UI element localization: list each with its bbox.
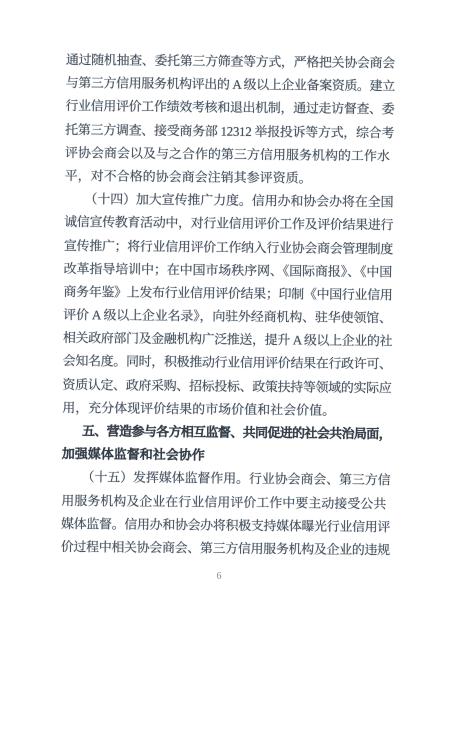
heading-line: 加强媒体监督和社会协作	[62, 442, 391, 469]
text-line: 评价 A 级以上企业名录》，向驻外经商机构、驻华使领馆、	[63, 303, 392, 330]
page-text: 通过随机抽查、委托第三方筛查等方式，严格把关协会商会与第三方信用服务机构评出的 …	[61, 48, 395, 562]
text-line: 相关政府部门及金融机构广泛推送，提升 A 级以上企业的社	[63, 326, 392, 353]
text-line: （十五）发挥媒体监督作用。行业协会商会、第三方信	[61, 465, 390, 492]
text-line: 商务年鉴》上发布行业信用评价结果；印制《中国行业信用	[63, 280, 392, 307]
text-line: 改革指导培训中；在中国市场秩序网、《国际商报》、《中国	[64, 257, 393, 284]
text-line: 价过程中相关协会商会、第三方信用服务机构及企业的违规	[61, 535, 390, 562]
text-line: 与第三方信用服务机构评出的 A 级以上企业备案资质。建立	[66, 71, 395, 98]
page-number: 6	[206, 571, 232, 582]
text-line: 用，充分体现评价结果的市场价值和社会价值。	[62, 396, 391, 423]
text-line: 托第三方调查、接受商务部 12312 举报投诉等方式，综合考	[65, 118, 394, 145]
text-line: 资质认定、政府采购、招标投标、政策扶持等领域的实际应	[62, 373, 391, 400]
text-line: 平，对不合格的协会商会注销其参评资质。	[65, 164, 394, 191]
text-line: 评协会商会以及与之合作的第三方信用服务机构的工作水	[65, 141, 394, 168]
text-line: 通过随机抽查、委托第三方筛查等方式，严格把关协会商会	[66, 48, 395, 75]
text-line: 媒体监督。信用办和协会办将积极支持媒体曝光行业信用评	[61, 512, 390, 539]
text-line: 用服务机构及企业在行业信用评价工作中要主动接受公共	[61, 489, 390, 516]
text-line: （十四）加大宣传推广力度。信用办和协会办将在全国	[64, 187, 393, 214]
text-line: 会知名度。同时，积极推动行业信用评价结果在行政许可、	[63, 349, 392, 376]
text-line: 行业信用评价工作绩效考核和退出机制，通过走访督查、委	[65, 94, 394, 121]
text-line: 宣传推广；将行业信用评价工作纳入行业协会商会管理制度	[64, 233, 393, 260]
document-page: 通过随机抽查、委托第三方筛查等方式，严格把关协会商会与第三方信用服务机构评出的 …	[0, 0, 450, 741]
heading-line: 五、营造参与各方相互监督、共同促进的社会共治局面，	[62, 419, 391, 446]
text-line: 诚信宣传教育活动中，对行业信用评价工作及评价结果进行	[64, 210, 393, 237]
